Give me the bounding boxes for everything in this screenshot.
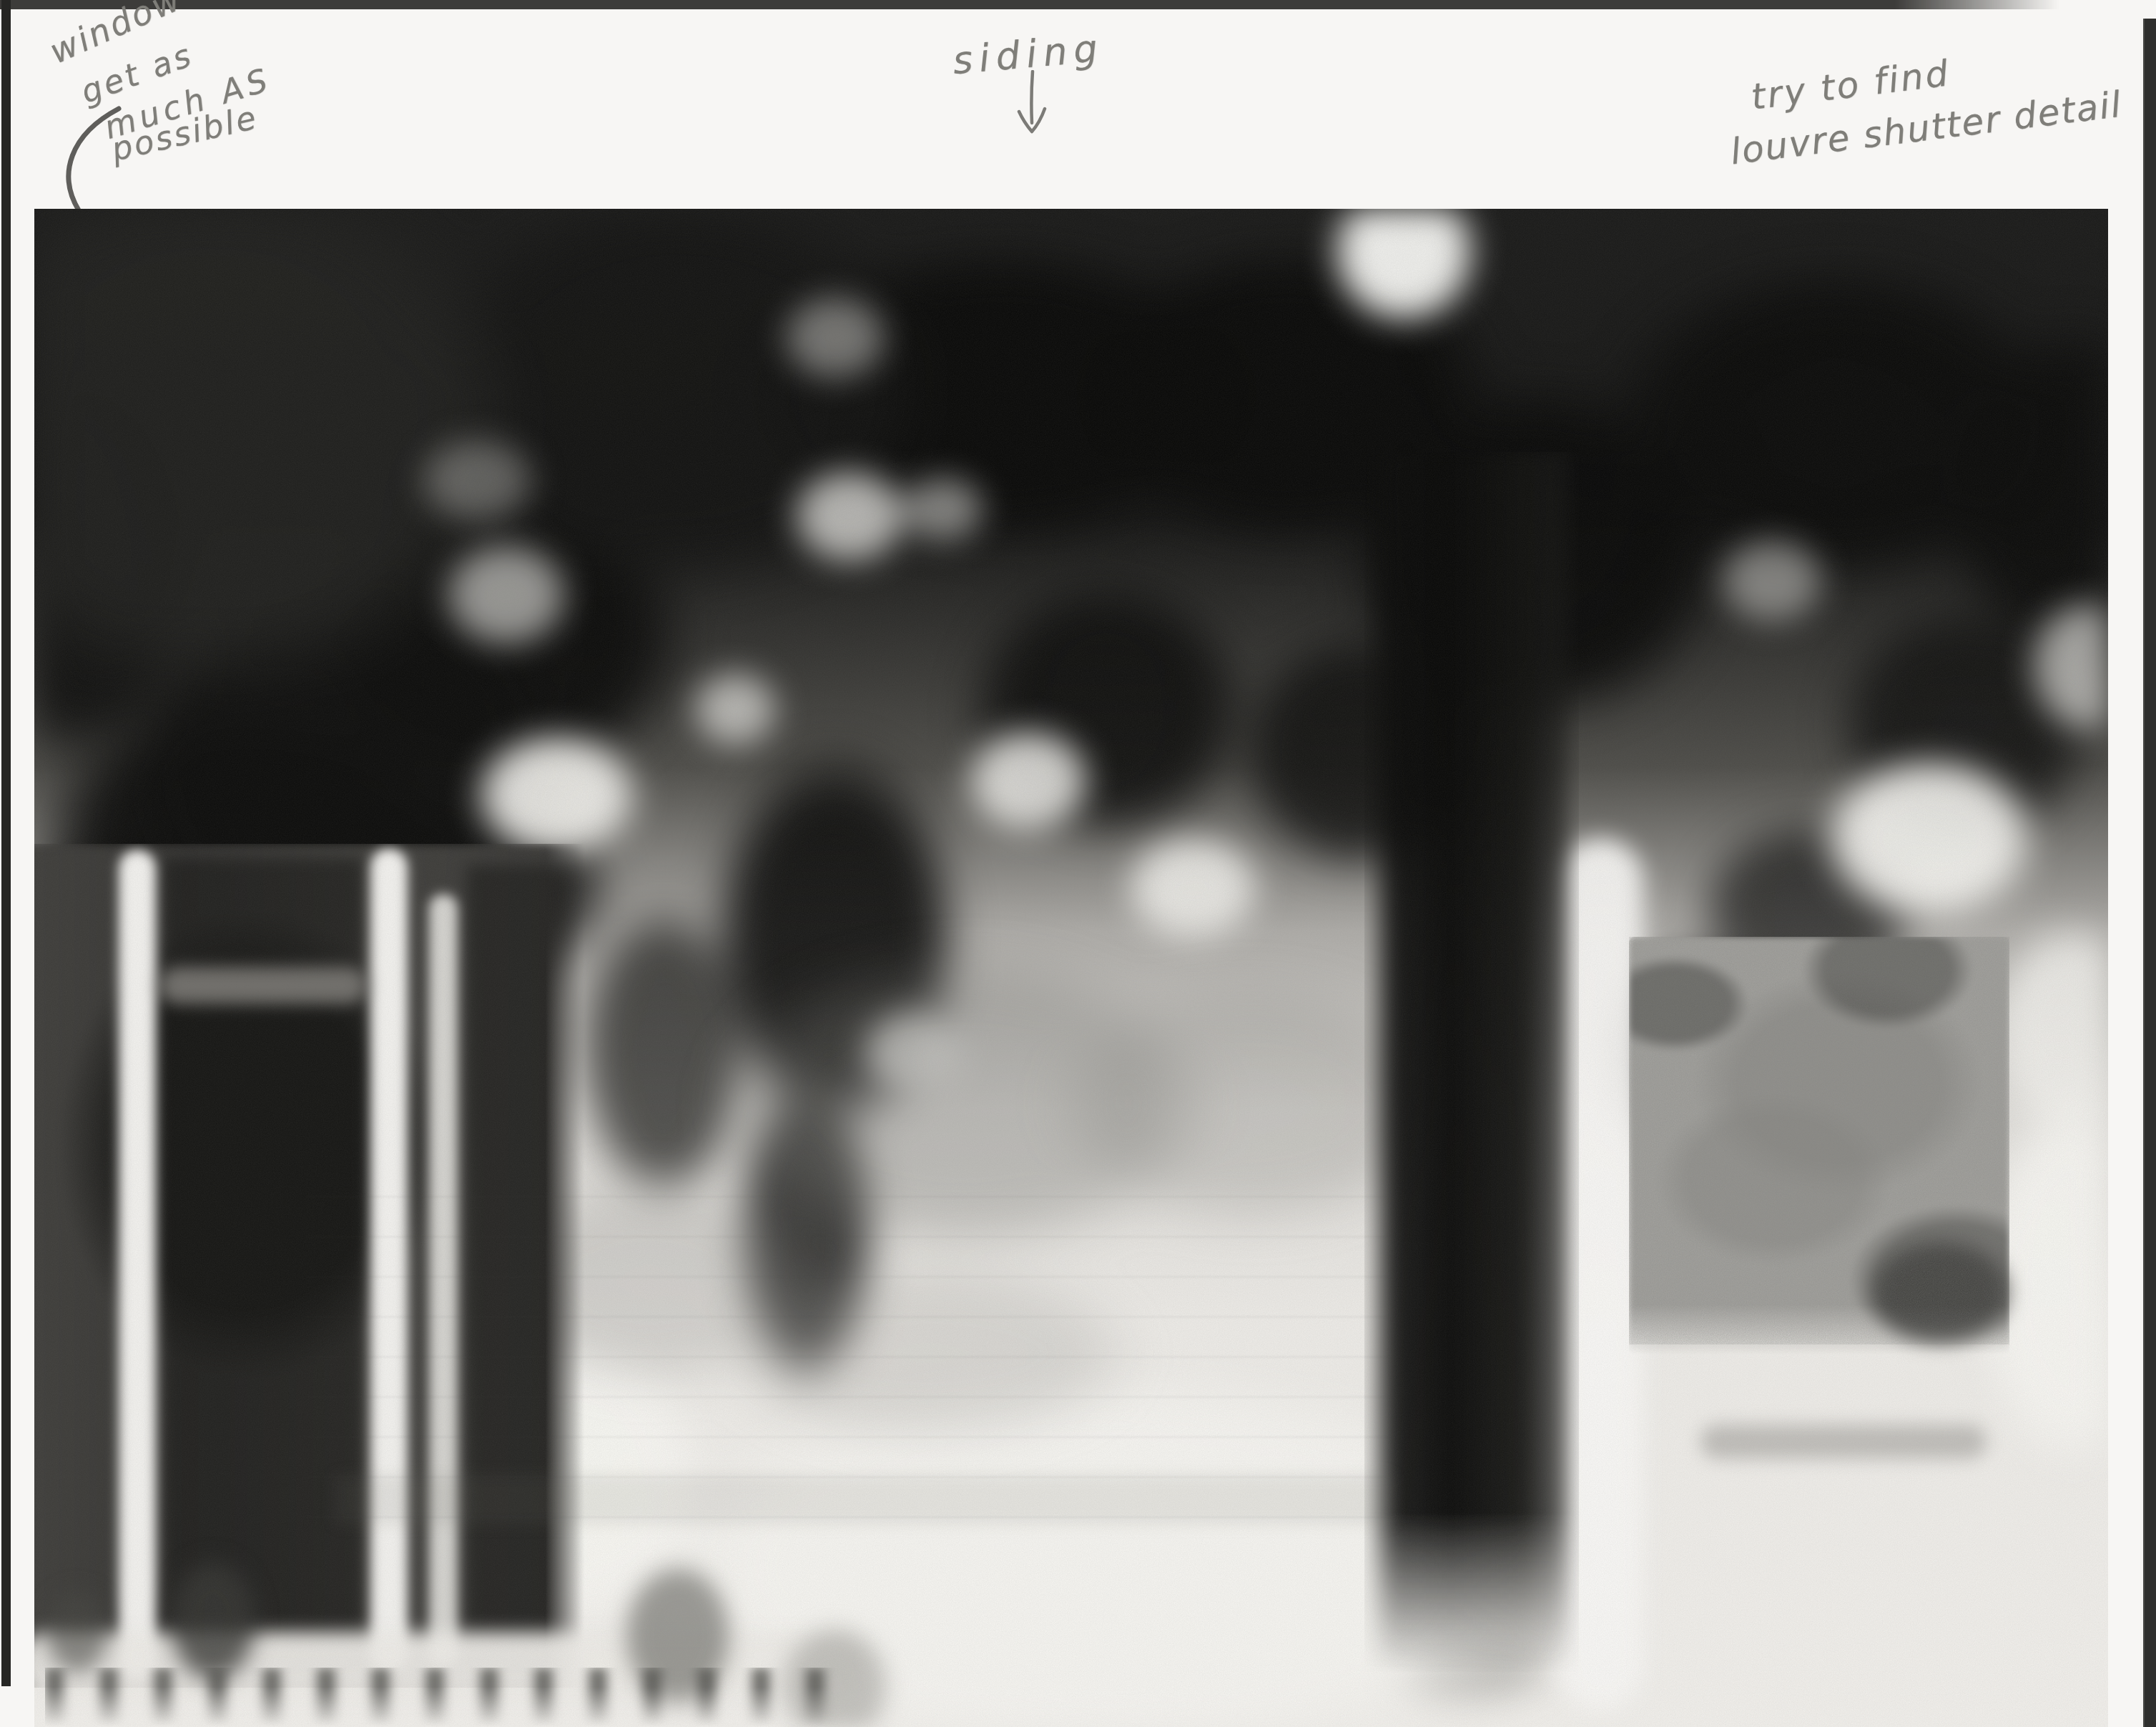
scan-edge-left	[1, 0, 11, 1686]
down-arrow-icon	[1007, 70, 1057, 137]
scan-edge-top	[0, 0, 2059, 9]
pencil-arc-icon	[50, 106, 122, 216]
photograph	[34, 209, 2108, 1727]
film-grain-overlay	[34, 209, 2108, 1727]
scanned-page: window get as much AS possible siding tr…	[0, 0, 2156, 1727]
scan-edge-right	[2143, 19, 2156, 1727]
